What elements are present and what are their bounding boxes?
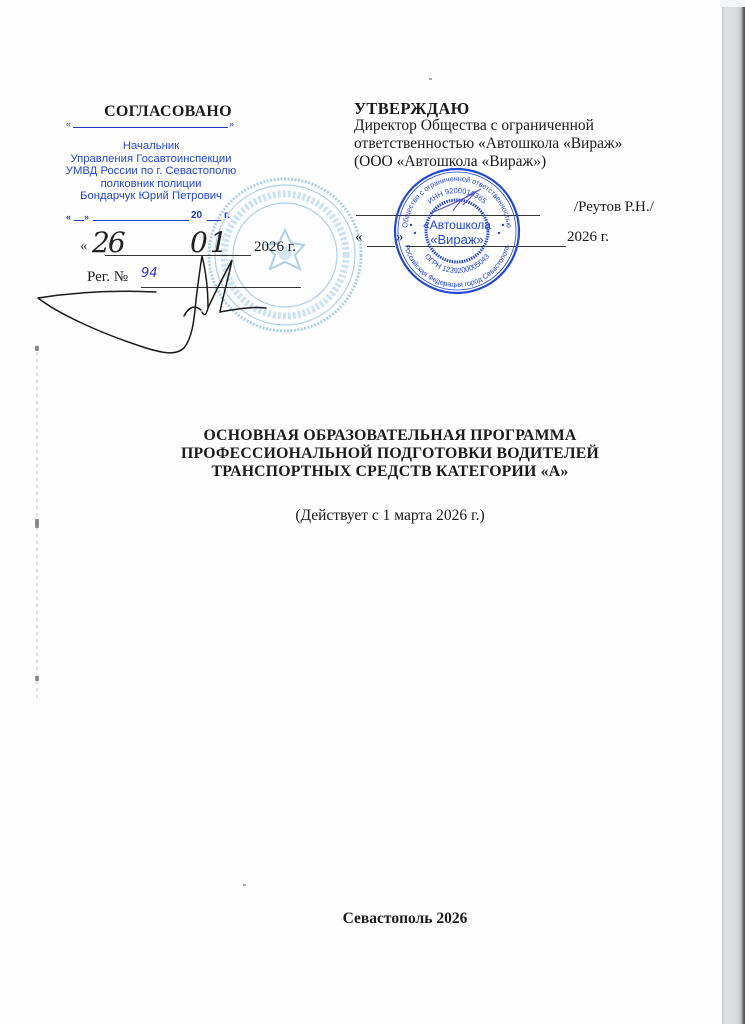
stamp-center-line1: «Автошкола [423,218,491,232]
stamp-inn: ИНН 9200019365 [426,186,489,206]
gai-stamp-date: « » 20 г. [66,213,242,223]
gai-position-block: Начальник Управления Госавтоинспекции УМ… [62,140,240,203]
underline [207,220,221,221]
stamp-center-line2: «Вираж» [430,232,484,247]
open-quote: « [355,229,363,246]
city-year: Севастополь 2026 [300,910,510,928]
position-line: полковник полиции [62,178,240,191]
approved-position: Директор Общества с ограниченной ответст… [354,117,674,171]
scan-speck [243,884,246,886]
open-quote: « [66,119,71,129]
approved-line: Директор Общества с ограниченной [354,117,674,135]
position-line: Начальник [62,140,240,153]
agreed-heading: СОГЛАСОВАНО [88,103,248,121]
svg-text:ИНН 9200019365: ИНН 9200019365 [426,186,489,206]
agreed-org-line: « » [66,121,234,129]
date-year: 2026 г. [567,229,609,246]
year-prefix: 20 [191,210,202,221]
underline [367,246,395,247]
close-quote: » [84,212,89,222]
position-line: УМВД России по г. Севастополю [62,165,240,178]
underline [74,220,84,221]
title-line: ТРАНСПОРТНЫХ СРЕДСТВ КАТЕГОРИИ «А» [160,463,620,481]
underline [73,127,228,128]
open-quote: « [66,212,71,222]
program-title: ОСНОВНАЯ ОБРАЗОВАТЕЛЬНАЯ ПРОГРАММА ПРОФЕ… [160,427,620,481]
position-line: Управления Госавтоинспекции [62,153,240,166]
binding-hole [35,676,39,681]
position-line: Бондарчук Юрий Петрович [62,190,240,203]
title-line: ПРОФЕССИОНАЛЬНОЙ ПОДГОТОВКИ ВОДИТЕЛЕЙ [160,445,620,463]
underline [93,220,189,221]
year-suffix: г. [224,210,230,221]
school-stamp-icon: Общество с ограниченной ответственностью… [393,167,521,295]
binding-hole [35,519,39,528]
document-page: СОГЛАСОВАНО « » Начальник Управления Гос… [0,0,745,1024]
signature-icon [36,250,296,360]
close-quote: » [229,119,234,129]
scan-speck [429,78,432,80]
title-line: ОСНОВНАЯ ОБРАЗОВАТЕЛЬНАЯ ПРОГРАММА [160,427,620,445]
approved-heading: УТВЕРЖДАЮ [354,99,470,119]
effective-date: (Действует с 1 марта 2026 г.) [160,507,620,525]
approved-line: ответственностью «Автошкола «Вираж» [354,135,674,153]
signatory-name: /Реутов Р.Н./ [574,199,654,216]
scan-edge-strip [722,7,745,1024]
